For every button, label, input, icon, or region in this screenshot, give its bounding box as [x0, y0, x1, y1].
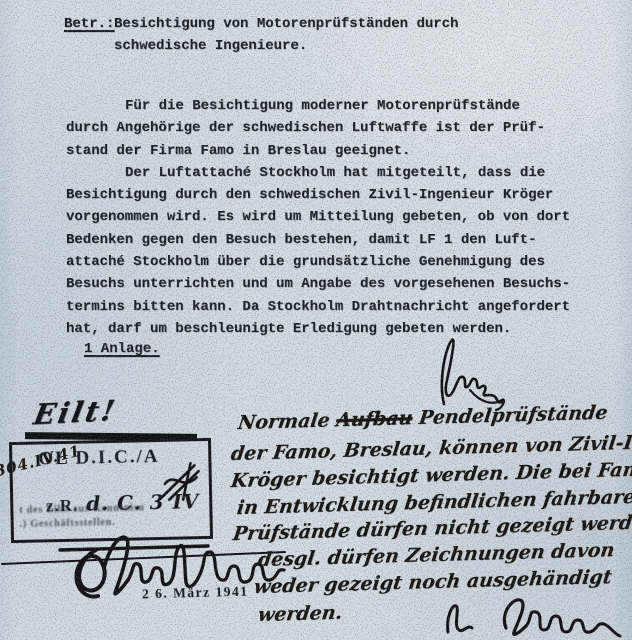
urgent-note: Eilt! — [31, 394, 120, 432]
note-line1-pre: Normale — [237, 409, 338, 434]
handwritten-note-line: Normale Aufbau Pendelprüfstände — [237, 402, 609, 434]
date-stamp: 2 6. März 1941 — [142, 584, 249, 603]
stamp-small-line-2: .) Geschäftsstellen. — [20, 517, 116, 530]
body-line: termins bitten kann. Da Stockholm Drahtn… — [66, 296, 606, 318]
handwritten-note-line: desgl. dürfen Zeichnungen davon — [257, 539, 616, 571]
subject-line-2: schwedische Ingenieure. — [114, 38, 307, 54]
body-line: hat, darf um beschleunigte Erledigung ge… — [66, 318, 606, 340]
handwritten-note-line: werden. — [257, 602, 344, 626]
note-line1-post: Pendelprüfstände — [411, 402, 609, 430]
document-scan: Betr.: Besichtigung von Motorenprüfständ… — [0, 0, 632, 640]
body-line: Für die Besichtigung moderner Motorenprü… — [66, 95, 606, 117]
body-line: vorgenommen wird. Es wird um Mitteilung … — [66, 206, 606, 228]
body-line: stand der Firma Famo in Breslau geeignet… — [66, 140, 606, 162]
signature-paraph — [386, 330, 546, 414]
body-line: durch Angehörige der schwedischen Luftwa… — [66, 117, 606, 139]
body-text: Für die Besichtigung moderner Motorenprü… — [66, 95, 606, 340]
body-line: Bedenken gegen den Besuch bestehen, dami… — [66, 229, 606, 251]
subject-label: Betr.: — [64, 16, 114, 32]
handwritten-note-line: weder gezeigt noch ausgehändigt — [253, 566, 614, 598]
enclosure-note: 1 Anlage. — [84, 341, 160, 357]
body-line: Der Luftattaché Stockholm hat mitgeteilt… — [66, 162, 606, 184]
body-line: Besuchs unterrichten und um Angabe des v… — [66, 273, 606, 295]
body-line: attaché Stockholm über die grundsätzlich… — [66, 251, 606, 273]
signature-scrawl-bottom — [428, 592, 628, 640]
note-line1-struck-word: Aufbau — [335, 407, 414, 431]
body-line: Besichtigung durch den schwedischen Zivi… — [66, 184, 606, 206]
subject-line-1: Besichtigung von Motorenprüfständen durc… — [114, 16, 458, 32]
